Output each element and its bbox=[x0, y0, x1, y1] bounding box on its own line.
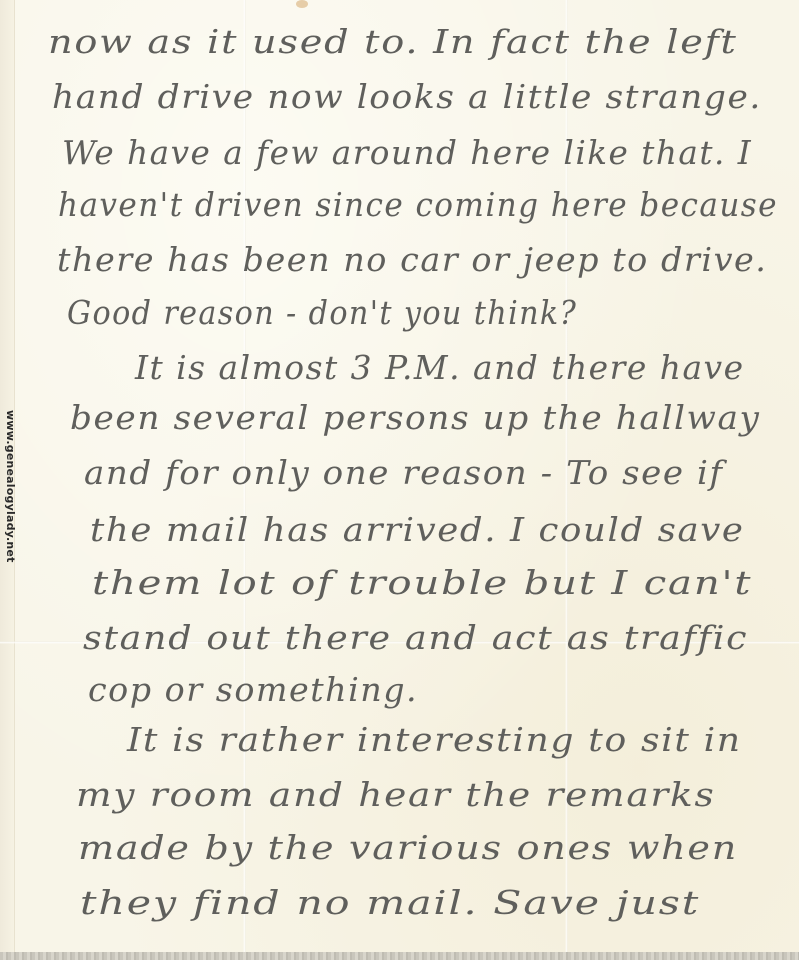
paper-bottom-edge bbox=[0, 952, 799, 960]
letter-line: now as it used to. In fact the left bbox=[48, 22, 738, 61]
paper-stain bbox=[296, 0, 308, 8]
letter-line: them lot of trouble but I can't bbox=[92, 563, 752, 602]
letter-line: Good reason - don't you think? bbox=[67, 293, 577, 332]
letter-line: It is rather interesting to sit in bbox=[127, 720, 742, 759]
letter-line: and for only one reason - To see if bbox=[84, 453, 724, 492]
letter-line: haven't driven since coming here because bbox=[58, 185, 778, 224]
letter-line: hand drive now looks a little strange. bbox=[52, 77, 762, 116]
letter-line: there has been no car or jeep to drive. bbox=[57, 240, 767, 279]
watermark: www.genealogylady.net bbox=[4, 410, 17, 563]
letter-line: stand out there and act as traffic bbox=[83, 618, 748, 657]
letter-line: my room and hear the remarks bbox=[76, 775, 715, 814]
letter-line: We have a few around here like that. I bbox=[62, 133, 752, 172]
letter-line: been several persons up the hallway bbox=[70, 398, 760, 437]
letter-line: made by the various ones when bbox=[78, 828, 738, 867]
letter-line: the mail has arrived. I could save bbox=[90, 510, 745, 549]
letter-line: they find no mail. Save just bbox=[80, 883, 700, 922]
letter-line: It is almost 3 P.M. and there have bbox=[135, 348, 745, 387]
letter-line: cop or something. bbox=[88, 670, 418, 709]
